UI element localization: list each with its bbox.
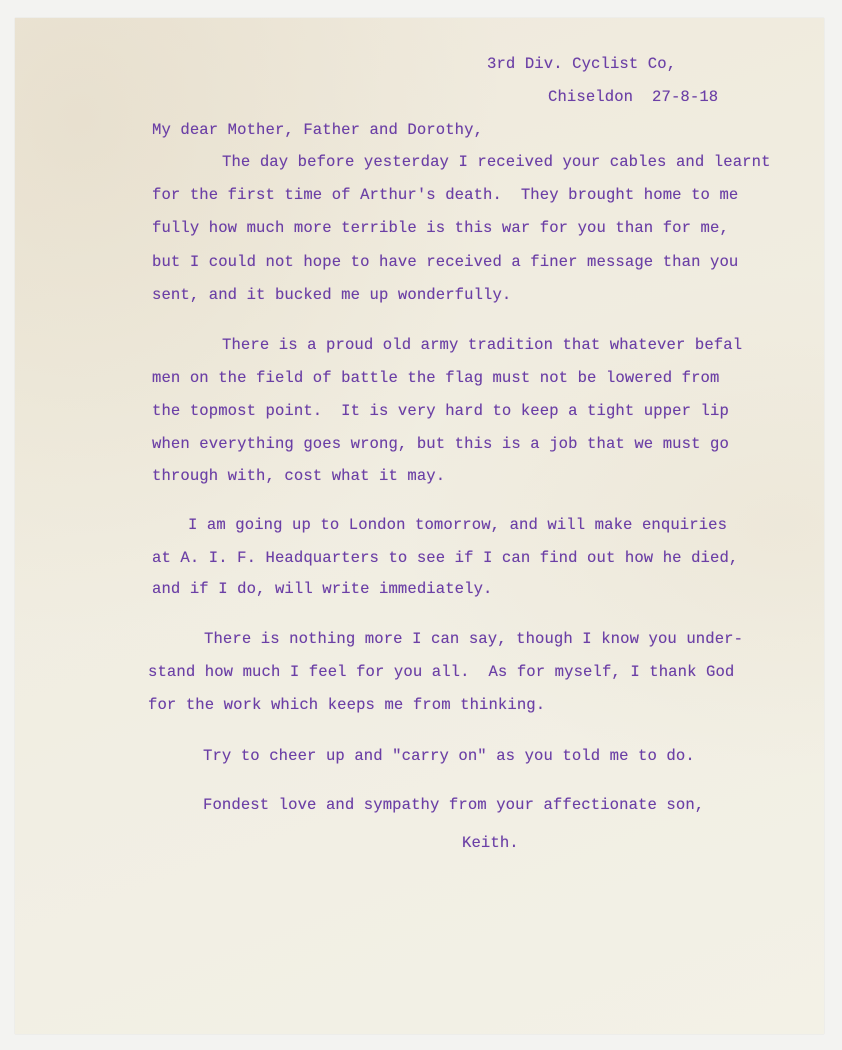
text-line: Try to cheer up and "carry on" as you to…: [203, 747, 695, 765]
letterhead-unit: 3rd Div. Cyclist Co,: [487, 55, 676, 73]
text-line: men on the field of battle the flag must…: [152, 369, 719, 387]
text-line: There is a proud old army tradition that…: [222, 336, 742, 354]
text-line: when everything goes wrong, but this is …: [152, 435, 729, 453]
letterhead-place-date: Chiseldon 27-8-18: [548, 88, 718, 106]
text-line: through with, cost what it may.: [152, 467, 445, 485]
text-line: but I could not hope to have received a …: [152, 253, 738, 271]
closing: Fondest love and sympathy from your affe…: [203, 796, 704, 814]
salutation: My dear Mother, Father and Dorothy,: [152, 121, 483, 139]
text-line: The day before yesterday I received your…: [222, 153, 771, 171]
text-line: fully how much more terrible is this war…: [152, 219, 729, 237]
signature: Keith.: [462, 834, 519, 852]
text-line: at A. I. F. Headquarters to see if I can…: [152, 549, 738, 567]
text-line: for the work which keeps me from thinkin…: [148, 696, 545, 714]
text-line: the topmost point. It is very hard to ke…: [152, 402, 729, 420]
text-line: and if I do, will write immediately.: [152, 580, 492, 598]
text-line: sent, and it bucked me up wonderfully.: [152, 286, 511, 304]
text-line: for the first time of Arthur's death. Th…: [152, 186, 738, 204]
text-line: I am going up to London tomorrow, and wi…: [188, 516, 727, 534]
text-line: stand how much I feel for you all. As fo…: [148, 663, 734, 681]
text-line: There is nothing more I can say, though …: [204, 630, 743, 648]
